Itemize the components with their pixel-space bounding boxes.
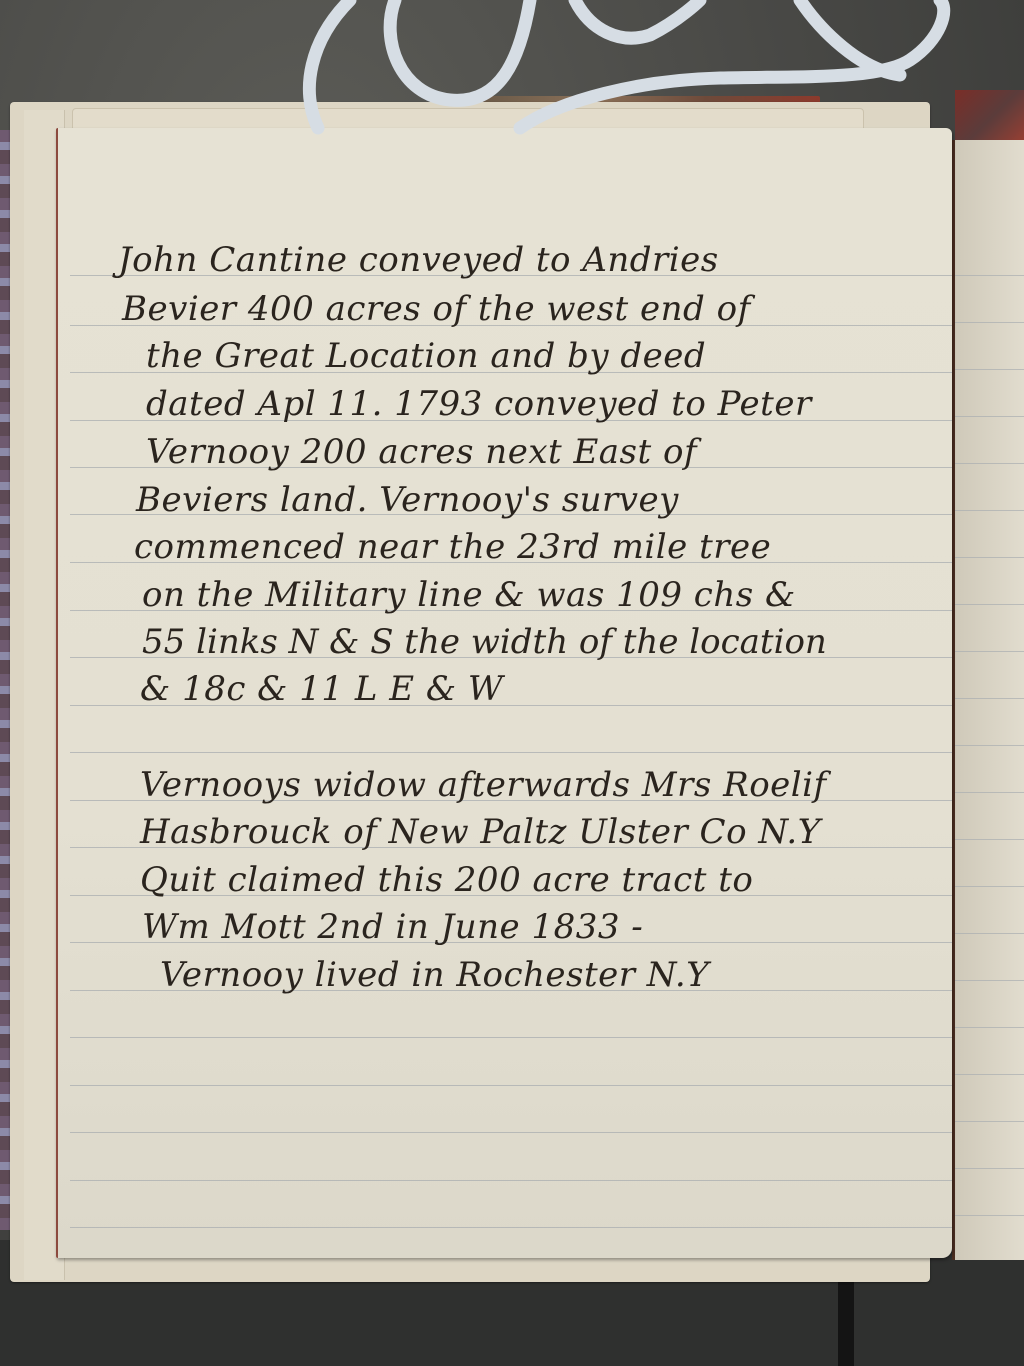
text-line: Beviers land. Vernooy's survey: [136, 480, 679, 520]
text-line: on the Military line & was 109 chs &: [142, 575, 796, 615]
text-line: Vernooy lived in Rochester N.Y: [160, 955, 709, 995]
text-line: dated Apl 11. 1793 conveyed to Peter: [146, 384, 812, 424]
facing-page: [952, 140, 1024, 1260]
text-line: Bevier 400 acres of the west end of: [122, 289, 751, 329]
text-line: & 18c & 11 L E & W: [140, 669, 503, 709]
text-line: Wm Mott 2nd in June 1833 -: [142, 907, 643, 947]
text-line: 55 links N & S the width of the location: [142, 622, 827, 662]
text-line: Hasbrouck of New Paltz Ulster Co N.Y: [140, 812, 821, 852]
text-line: Vernooy 200 acres next East of: [146, 432, 697, 472]
text-line: commenced near the 23rd mile tree: [134, 527, 771, 567]
text-line: Quit claimed this 200 acre tract to: [140, 860, 753, 900]
text-line: John Cantine conveyed to Andries: [118, 240, 719, 280]
text-line: Vernooys widow afterwards Mrs Roelif: [140, 765, 827, 805]
text-line: the Great Location and by deed: [146, 336, 706, 376]
bookmark-cord: [0, 0, 1024, 140]
